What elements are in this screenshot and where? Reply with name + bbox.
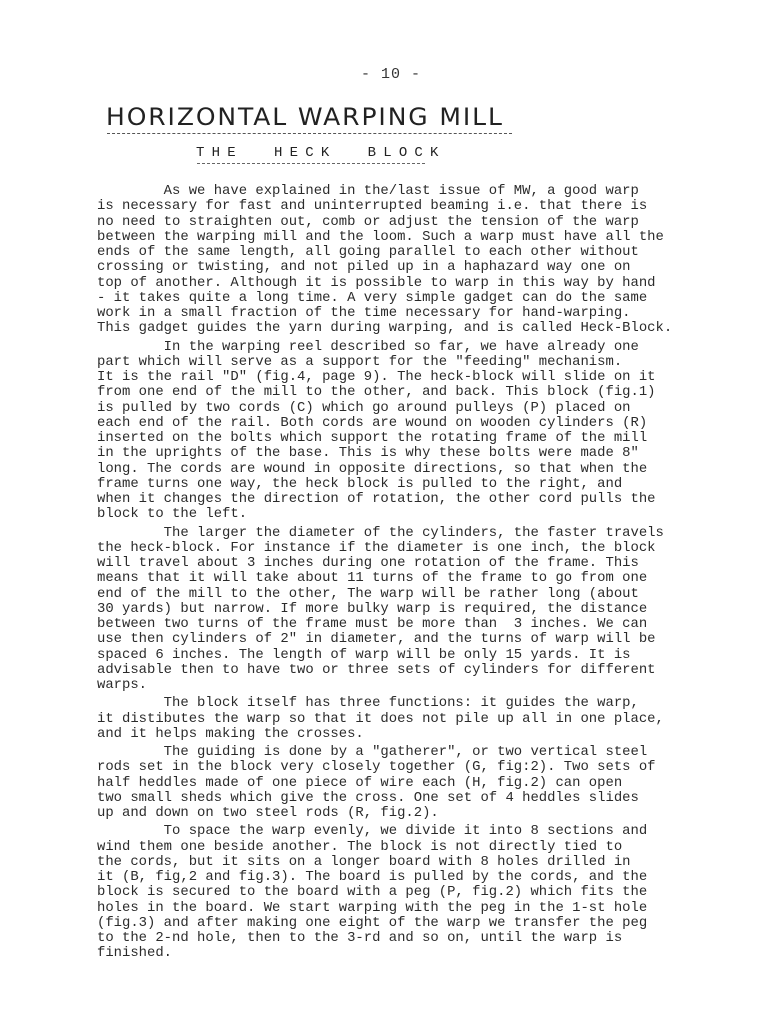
text-line: ends of the same length, all going paral… [97, 245, 697, 260]
paragraph: To space the warp evenly, we divide it i… [97, 824, 697, 961]
text-line: block is secured to the board with a peg… [97, 885, 697, 900]
text-line: and it helps making the crosses. [97, 727, 697, 742]
paragraph: The larger the diameter of the cylinders… [97, 526, 697, 694]
paragraph: The guiding is done by a "gatherer", or … [97, 745, 697, 821]
text-line: inserted on the bolts which support the … [97, 431, 697, 446]
text-line: the cords, but it sits on a longer board… [97, 855, 697, 870]
body-text: As we have explained in the/last issue o… [97, 184, 697, 962]
text-line: wind them one beside another. The block … [97, 840, 697, 855]
text-line: work in a small fraction of the time nec… [97, 306, 697, 321]
text-line: each end of the rail. Both cords are wou… [97, 416, 697, 431]
text-line: - it takes quite a long time. A very sim… [97, 291, 697, 306]
text-line: use then cylinders of 2" in diameter, an… [97, 632, 697, 647]
text-line: is pulled by two cords (C) which go arou… [97, 401, 697, 416]
text-line: end of the mill to the other, The warp w… [97, 587, 697, 602]
text-line: between two turns of the frame must be m… [97, 617, 697, 632]
text-line: is necessary for fast and uninterrupted … [97, 199, 697, 214]
paragraph: The block itself has three functions: it… [97, 696, 697, 742]
text-line: top of another. Although it is possible … [97, 276, 697, 291]
text-line: (fig.3) and after making one eight of th… [97, 916, 697, 931]
text-line: This gadget guides the yarn during warpi… [97, 321, 697, 336]
text-line: The guiding is done by a "gatherer", or … [97, 745, 697, 760]
text-line: spaced 6 inches. The length of warp will… [97, 648, 697, 663]
text-line: warps. [97, 678, 697, 693]
text-line: means that it will take about 11 turns o… [97, 571, 697, 586]
paragraph: In the warping reel described so far, we… [97, 340, 697, 523]
text-line: it distibutes the warp so that it does n… [97, 712, 697, 727]
subtitle-underline [197, 163, 425, 164]
text-line: In the warping reel described so far, we… [97, 340, 697, 355]
text-line: from one end of the mill to the other, a… [97, 385, 697, 400]
text-line: it (B, fig,2 and fig.3). The board is pu… [97, 870, 697, 885]
text-line: half heddles made of one piece of wire e… [97, 776, 697, 791]
page-number: - 10 - [0, 66, 782, 83]
text-line: frame turns one way, the heck block is p… [97, 477, 697, 492]
text-line: in the uprights of the base. This is why… [97, 446, 697, 461]
text-line: to the 2-nd hole, then to the 3-rd and s… [97, 931, 697, 946]
text-line: the heck-block. For instance if the diam… [97, 541, 697, 556]
text-line: long. The cords are wound in opposite di… [97, 462, 697, 477]
text-line: two small sheds which give the cross. On… [97, 791, 697, 806]
text-line: crossing or twisting, and not piled up i… [97, 260, 697, 275]
text-line: 30 yards) but narrow. If more bulky warp… [97, 602, 697, 617]
paragraph: As we have explained in the/last issue o… [97, 184, 697, 337]
text-line: will travel about 3 inches during one ro… [97, 556, 697, 571]
text-line: advisable then to have two or three sets… [97, 663, 697, 678]
text-line: no need to straighten out, comb or adjus… [97, 215, 697, 230]
title-underline [107, 133, 512, 134]
subtitle-word: THE [196, 145, 243, 161]
text-line: part which will serve as a support for t… [97, 355, 697, 370]
text-line: when it changes the direction of rotatio… [97, 492, 697, 507]
text-line: The block itself has three functions: it… [97, 696, 697, 711]
text-line: It is the rail "D" (fig.4, page 9). The … [97, 370, 697, 385]
text-line: between the warping mill and the loom. S… [97, 230, 697, 245]
text-line: To space the warp evenly, we divide it i… [97, 824, 697, 839]
text-line: As we have explained in the/last issue o… [97, 184, 697, 199]
text-line: up and down on two steel rods (R, fig.2)… [97, 806, 697, 821]
text-line: finished. [97, 946, 697, 961]
text-line: block to the left. [97, 507, 697, 522]
subtitle-word: BLOCK [368, 145, 446, 161]
text-line: rods set in the block very closely toget… [97, 760, 697, 775]
section-subtitle: THE HECK BLOCK [196, 145, 446, 161]
text-line: The larger the diameter of the cylinders… [97, 526, 697, 541]
subtitle-word: HECK [274, 145, 336, 161]
text-line: holes in the board. We start warping wit… [97, 901, 697, 916]
article-title: HORIZONTAL WARPING MILL [106, 104, 512, 131]
